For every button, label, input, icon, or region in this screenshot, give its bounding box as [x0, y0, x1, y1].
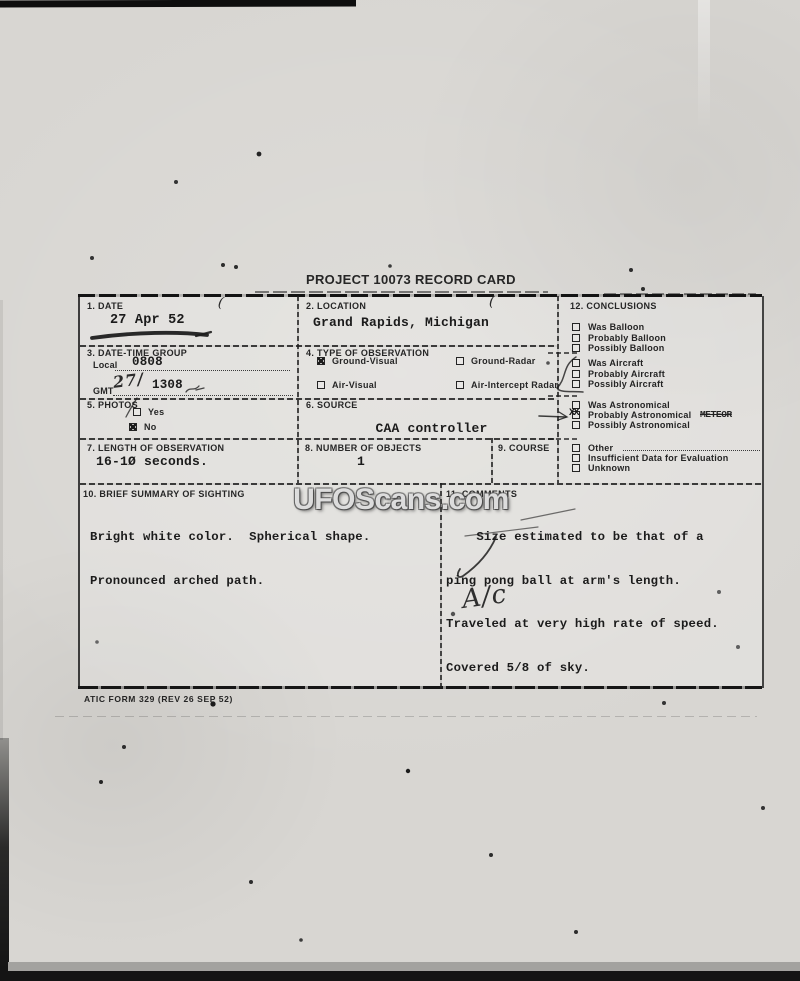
photos-label: 5. PHOTOS [87, 400, 138, 410]
conclusion-was-balloon: Was Balloon [572, 322, 760, 332]
scan-streak [698, 0, 710, 130]
date-label: 1. DATE [87, 301, 123, 311]
scan-edge-top [0, 0, 356, 7]
checkbox [572, 421, 580, 429]
location-label: 2. LOCATION [306, 301, 366, 311]
handwritten-gmt-day: 27/ [112, 369, 145, 392]
divider [297, 296, 299, 483]
local-time-value: 0808 [132, 355, 163, 369]
handwritten-paren-location: ( [488, 294, 495, 310]
length-of-observation-label: 7. LENGTH OF OBSERVATION [87, 443, 224, 453]
checkbox [572, 464, 580, 472]
conclusion-other: Other [572, 443, 760, 453]
meteor-annotation: METEOR [700, 409, 732, 420]
conclusions-label: 12. CONCLUSIONS [570, 301, 657, 311]
option-label: Air-Visual [332, 380, 377, 390]
comments-line: Traveled at very high rate of speed. [446, 617, 719, 633]
conclusion-was-aircraft: Was Aircraft [572, 358, 760, 368]
length-of-observation-value: 16-1Ø seconds. [96, 454, 208, 469]
checkbox [572, 370, 580, 378]
option-photos-yes: Yes [133, 407, 164, 417]
other-leader-line [623, 444, 760, 451]
source-label: 6. SOURCE [306, 400, 358, 410]
scan-edge-left [0, 738, 9, 981]
checkbox [572, 344, 580, 352]
checkbox [572, 359, 580, 367]
location-value: Grand Rapids, Michigan [313, 315, 489, 330]
divider [80, 438, 557, 440]
conclusion-label: Probably Balloon [588, 333, 666, 343]
conclusion-label: Was Aircraft [588, 358, 643, 368]
scan-edge-left-faint [0, 300, 3, 740]
conclusion-unknown: Unknown [572, 463, 760, 473]
page-title: PROJECT 10073 RECORD CARD [306, 272, 516, 287]
summary-line: Bright white color. Spherical shape. [90, 530, 370, 546]
option-label: Ground-Visual [332, 356, 398, 366]
brief-summary-text: Bright white color. Spherical shape. Pro… [90, 502, 370, 617]
form-number: ATIC FORM 329 (REV 26 SEP 52) [84, 694, 233, 704]
conclusion-possibly-aircraft: Possibly Aircraft [572, 379, 760, 389]
summary-line: Pronounced arched path. [90, 574, 370, 590]
conclusion-probably-astronomical: Probably Astronomical XX METEOR [572, 410, 760, 420]
option-label: Air-Intercept Radar [471, 380, 558, 390]
ground-radar-checkbox [456, 357, 464, 365]
option-ground-visual: Ground-Visual [317, 356, 398, 366]
conclusions-list: Was Balloon Probably Balloon Possibly Ba… [572, 322, 760, 474]
conclusion-label: Probably Astronomical [588, 410, 691, 420]
date-value: 27 Apr 52 [110, 313, 185, 328]
conclusion-label: Possibly Aircraft [588, 379, 663, 389]
divider [491, 438, 493, 483]
local-label: Local [93, 360, 118, 370]
checkbox [572, 380, 580, 388]
air-visual-checkbox [317, 381, 325, 389]
conclusion-possibly-balloon: Possibly Balloon [572, 343, 760, 353]
checkbox [572, 444, 580, 452]
option-label: Ground-Radar [471, 356, 536, 366]
conclusion-insufficient-data: Insufficient Data for Evaluation [572, 453, 760, 463]
number-of-objects-value: 1 [357, 454, 365, 469]
typed-xx-mark: XX [569, 408, 578, 419]
source-value: CAA controller [306, 421, 557, 436]
course-label: 9. COURSE [498, 443, 550, 453]
option-label: No [144, 422, 157, 432]
conclusion-label: Was Astronomical [588, 400, 670, 410]
scan-line-artifact [55, 716, 757, 717]
option-label: Yes [148, 407, 164, 417]
checkbox [572, 454, 580, 462]
conclusion-label: Possibly Astronomical [588, 420, 690, 430]
comments-line: Size estimated to be that of a [446, 530, 719, 546]
checkbox [572, 334, 580, 342]
number-of-objects-label: 8. NUMBER OF OBJECTS [305, 443, 422, 453]
gmt-leader-line [113, 394, 293, 396]
air-intercept-radar-checkbox [456, 381, 464, 389]
scan-line-artifact [255, 291, 548, 293]
conclusion-label: Possibly Balloon [588, 343, 665, 353]
handwritten-ac-note: A/c [460, 579, 509, 615]
photos-no-checkbox [129, 423, 137, 431]
conclusion-probably-balloon: Probably Balloon [572, 332, 760, 342]
gmt-time-value: 1308 [152, 378, 183, 392]
option-air-intercept-radar: Air-Intercept Radar [456, 380, 558, 390]
conclusion-possibly-astronomical: Possibly Astronomical [572, 420, 760, 430]
conclusion-label: Unknown [588, 463, 630, 473]
conclusion-probably-aircraft: Probably Aircraft [572, 369, 760, 379]
conclusion-label: Was Balloon [588, 322, 644, 332]
divider [80, 345, 557, 347]
ground-visual-checkbox [317, 357, 325, 365]
checkbox [572, 323, 580, 331]
conclusion-label: Probably Aircraft [588, 369, 665, 379]
photos-yes-checkbox [133, 408, 141, 416]
option-air-visual: Air-Visual [317, 380, 377, 390]
comments-line: Covered 5/8 of sky. [446, 661, 719, 677]
watermark: UFOScans.com [293, 483, 509, 517]
scan-band-bottom [0, 971, 800, 981]
card-border-top [78, 294, 762, 297]
option-photos-no: No [129, 422, 157, 432]
scan-noise-specks [0, 0, 2, 2]
conclusion-label: Other [588, 443, 613, 453]
option-ground-radar: Ground-Radar [456, 356, 536, 366]
conclusion-label: Insufficient Data for Evaluation [588, 453, 729, 463]
brief-summary-label: 10. BRIEF SUMMARY OF SIGHTING [83, 489, 245, 499]
scanned-document-page: PROJECT 10073 RECORD CARD 1. DATE 27 Apr… [0, 0, 800, 981]
gmt-label: GMT [93, 386, 114, 396]
